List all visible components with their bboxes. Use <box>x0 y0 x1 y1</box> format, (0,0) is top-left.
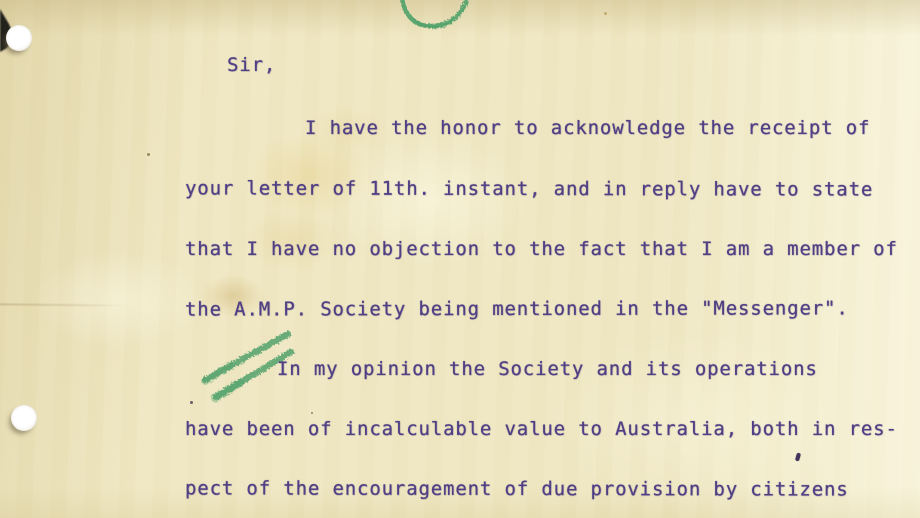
paper-speck <box>147 153 150 156</box>
paper-speck <box>190 401 193 404</box>
hole-punch-bottom <box>11 405 37 431</box>
letter-line: have been of incalculable value to Austr… <box>185 418 898 440</box>
paper-speck <box>604 12 607 15</box>
letter-line: that I have no objection to the fact tha… <box>185 238 898 260</box>
hole-punch-top <box>6 25 32 51</box>
letter-line: In my opinion the Society and its operat… <box>277 358 818 380</box>
letter-line: I have the honor to acknowledge the rece… <box>305 117 870 139</box>
letter-line: the A.M.P. Society being mentioned in th… <box>185 297 849 320</box>
letter-line: your letter of 11th. instant, and in rep… <box>185 177 873 200</box>
letter-salutation: Sir, <box>227 54 276 76</box>
letter-line: pect of the encouragement of due provisi… <box>185 477 849 500</box>
scanned-letter-page: Sir, I have the honor to acknowledge the… <box>0 0 920 518</box>
paper-speck <box>311 412 313 414</box>
